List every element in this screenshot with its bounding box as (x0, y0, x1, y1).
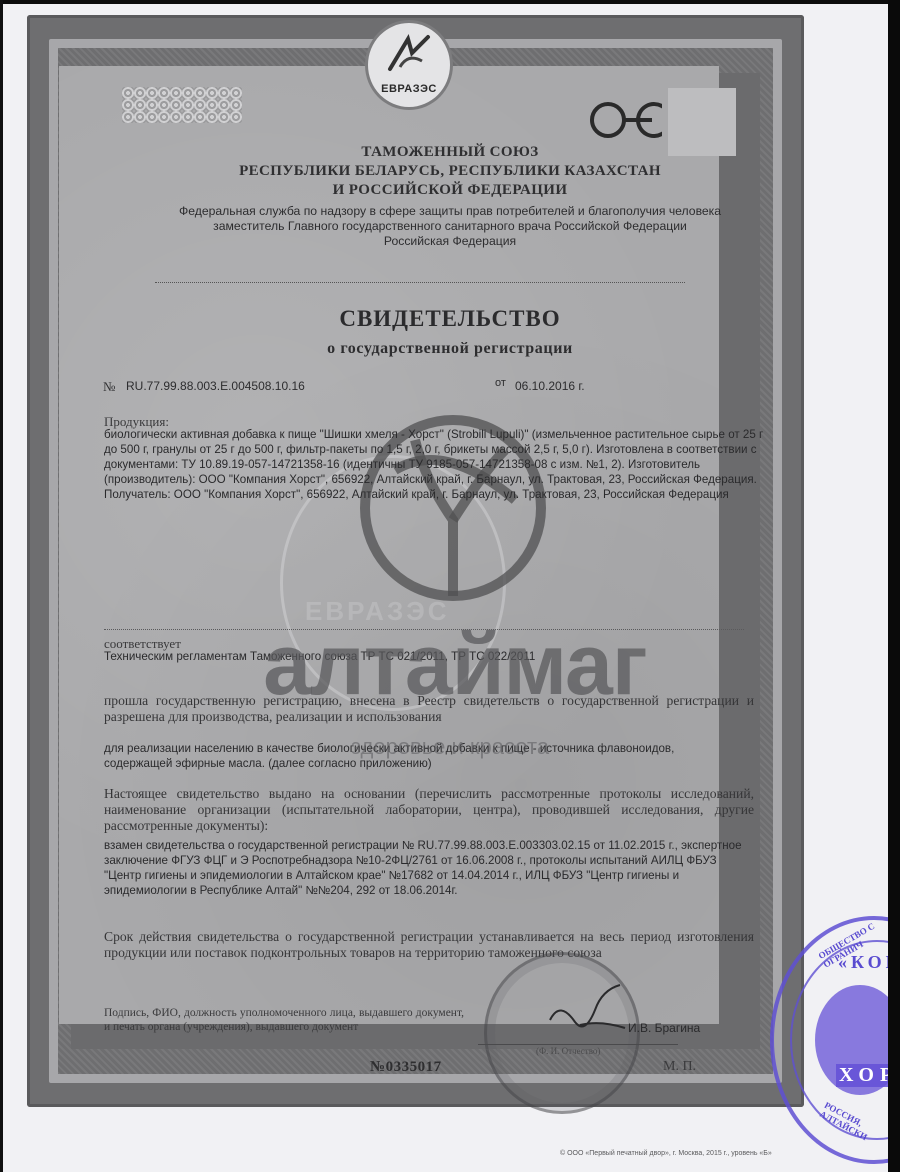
basis-text: взамен свидетельства о государственной р… (104, 838, 744, 898)
product-text: биологически активная добавка к пище "Ши… (104, 427, 764, 502)
agency-line-1: Федеральная служба по надзору в сфере за… (90, 204, 810, 219)
validity-text: Срок действия свидетельства о государств… (104, 929, 754, 961)
document-subtitle: о государственной регистрации (0, 340, 900, 358)
scan-edge-right (888, 0, 900, 1172)
scan-edge-top (0, 0, 900, 4)
document-title: СВИДЕТЕЛЬСТВО (0, 306, 900, 332)
se-mark-icon (588, 98, 662, 142)
registration-date: 06.10.2016 г. (515, 379, 585, 393)
registration-passed-text: прошла государственную регистрацию, внес… (104, 693, 754, 725)
basis-label: Настоящее свидетельство выдано на основа… (104, 786, 754, 834)
registration-number: RU.77.99.88.003.E.004508.10.16 (126, 379, 305, 393)
caption-rule (155, 282, 685, 284)
union-line-2: РЕСПУБЛИКИ БЕЛАРУСЬ, РЕСПУБЛИКИ КАЗАХСТА… (0, 163, 900, 180)
signature-label: Подпись, ФИО, должность уполномоченного … (104, 1006, 464, 1034)
union-line-1: ТАМОЖЕННЫЙ СОЮЗ (0, 144, 900, 161)
signer-name: И.В. Брагина (628, 1021, 700, 1035)
signature-line (478, 1044, 678, 1045)
security-pattern (122, 87, 242, 123)
emblem-text: ЕВРАЗЭС (381, 83, 437, 95)
brand-slogan-watermark: здоровье и красота (300, 734, 600, 760)
agency-line-3: Российская Федерация (90, 234, 810, 249)
seal-place: М. П. (663, 1059, 696, 1075)
eurasec-bird-icon (386, 33, 432, 73)
fio-caption: (Ф. И. Отчество) (536, 1046, 600, 1056)
union-line-3: И РОССИЙСКОЙ ФЕДЕРАЦИИ (0, 182, 900, 199)
date-label: от (495, 377, 506, 389)
number-sign: № (103, 379, 115, 395)
agency-line-2: заместитель Главного государственного са… (90, 219, 810, 234)
signature-icon (540, 980, 630, 1040)
form-serial-number: №0335017 (370, 1059, 442, 1076)
printer-credit: © ООО «Первый печатный двор», г. Москва,… (560, 1150, 772, 1157)
eurasec-emblem: ЕВРАЗЭС (365, 20, 453, 110)
